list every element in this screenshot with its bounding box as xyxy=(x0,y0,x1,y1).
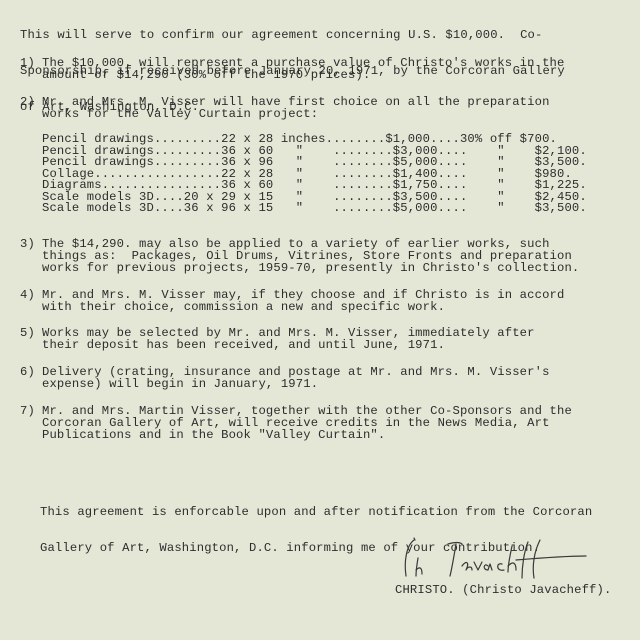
price-row: Scale models 3D....36 x 96 x 15 " ......… xyxy=(42,202,587,214)
item-line: Publications and in the Book "Valley Cur… xyxy=(42,429,572,441)
price-row: Pencil drawings.........36 x 96 " ......… xyxy=(42,156,587,168)
letter-page: This will serve to confirm our agreement… xyxy=(0,0,640,640)
item-number: 4) xyxy=(20,289,35,301)
item-number: 2) xyxy=(20,96,35,108)
item-line: expense) will begin in January, 1971. xyxy=(42,378,550,390)
item-line: works for the Valley Curtain project: xyxy=(42,108,550,120)
item-line: amount of $14,290 (30% off the 1970 pric… xyxy=(42,69,564,81)
price-table: Pencil drawings.........22 x 28 inches..… xyxy=(42,133,587,214)
item-number: 5) xyxy=(20,327,35,339)
price-row: Diagrams................36 x 60 " ......… xyxy=(42,179,587,191)
item-line: with their choice, commission a new and … xyxy=(42,301,564,313)
intro-line: This will serve to confirm our agreement… xyxy=(20,29,565,41)
item-number: 6) xyxy=(20,366,35,378)
price-row: Pencil drawings.........22 x 28 inches..… xyxy=(42,133,587,145)
handwritten-signature xyxy=(400,532,600,582)
item-line: works for previous projects, 1959-70, pr… xyxy=(42,262,579,274)
item-number: 7) xyxy=(20,405,35,417)
typed-signature-name: CHRISTO. (Christo Javacheff). xyxy=(395,584,611,596)
item-line: their deposit has been received, and unt… xyxy=(42,339,535,351)
closing-line: This agreement is enforcable upon and af… xyxy=(40,506,592,518)
item-number: 3) xyxy=(20,238,35,250)
item-number: 1) xyxy=(20,57,35,69)
